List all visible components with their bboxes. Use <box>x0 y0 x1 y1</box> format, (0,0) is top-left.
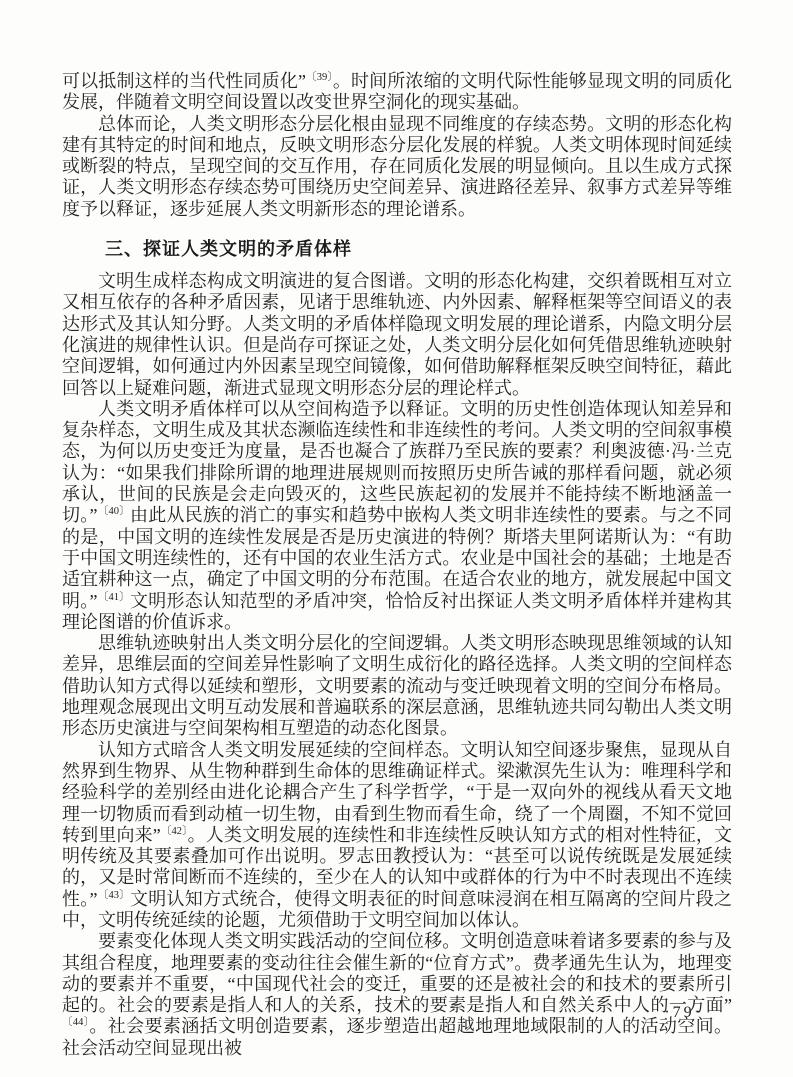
text-run: 可以抵制这样的当代性同质化” <box>62 71 306 91</box>
text-run: 文明认知方式统合，使得文明表征的时间意味浸润在相互隔离的空间片段之中，文明传统延… <box>62 889 732 930</box>
article-body: 可以抵制这样的当代性同质化”〔39〕。时间所浓缩的文明代际性能够显现文明的同质化… <box>62 71 732 1059</box>
paragraph: 人类文明矛盾体样可以从空间构造予以释证。文明的历史性创造体现认知差异和复杂样态，… <box>62 399 732 633</box>
citation-marker: 〔39〕 <box>306 72 333 83</box>
document-page: 可以抵制这样的当代性同质化”〔39〕。时间所浓缩的文明代际性能够显现文明的同质化… <box>0 0 793 1077</box>
text-run: 三、探证人类文明的矛盾体样 <box>105 239 352 259</box>
citation-marker: 〔44〕 <box>62 1017 89 1028</box>
paragraph: 要素变化体现人类文明实践活动的空间位移。文明创造意味着诸多要素的参与及其组合程度… <box>62 931 732 1059</box>
paragraph: 文明生成样态构成文明演进的复合图谱。文明的形态化构建，交织着既相互对立又相互依存… <box>62 271 732 399</box>
page-number: ·79· <box>664 1004 703 1022</box>
citation-marker: 〔42〕 <box>161 826 188 837</box>
paragraph: 认知方式暗含人类文明发展延续的空间样态。文明认知空间逐步聚焦，显现从自然界到生物… <box>62 740 732 932</box>
section-heading: 三、探证人类文明的矛盾体样 <box>62 238 732 260</box>
paragraph: 总体而论，人类文明形态分层化根由显现不同维度的存续态势。文明的形态化构建有其特定… <box>62 114 732 220</box>
paragraph: 思维轨迹映射出人类文明分层化的空间逻辑。人类文明形态映现思维领域的认知差异，思维… <box>62 633 732 739</box>
paragraph: 可以抵制这样的当代性同质化”〔39〕。时间所浓缩的文明代际性能够显现文明的同质化… <box>62 71 732 114</box>
text-run: 总体而论，人类文明形态分层化根由显现不同维度的存续态势。文明的形态化构建有其特定… <box>62 114 732 219</box>
citation-marker: 〔43〕 <box>98 890 131 901</box>
text-run: 文明形态认知范型的矛盾冲突，恰恰反衬出探证人类文明矛盾体样并建构其理论图谱的价值… <box>62 591 732 632</box>
text-run: 。社会要素涵括文明创造要素，逐步塑造出超越地理地域限制的人的活动空间。社会活动空… <box>62 1016 732 1057</box>
citation-marker: 〔40〕 <box>98 506 131 517</box>
text-run: 文明生成样态构成文明演进的复合图谱。文明的形态化构建，交织着既相互对立又相互依存… <box>62 271 732 397</box>
text-run: 要素变化体现人类文明实践活动的空间位移。文明创造意味着诸多要素的参与及其组合程度… <box>62 931 732 1015</box>
text-run: 思维轨迹映射出人类文明分层化的空间逻辑。人类文明形态映现思维领域的认知差异，思维… <box>62 633 732 738</box>
citation-marker: 〔41〕 <box>98 592 131 603</box>
